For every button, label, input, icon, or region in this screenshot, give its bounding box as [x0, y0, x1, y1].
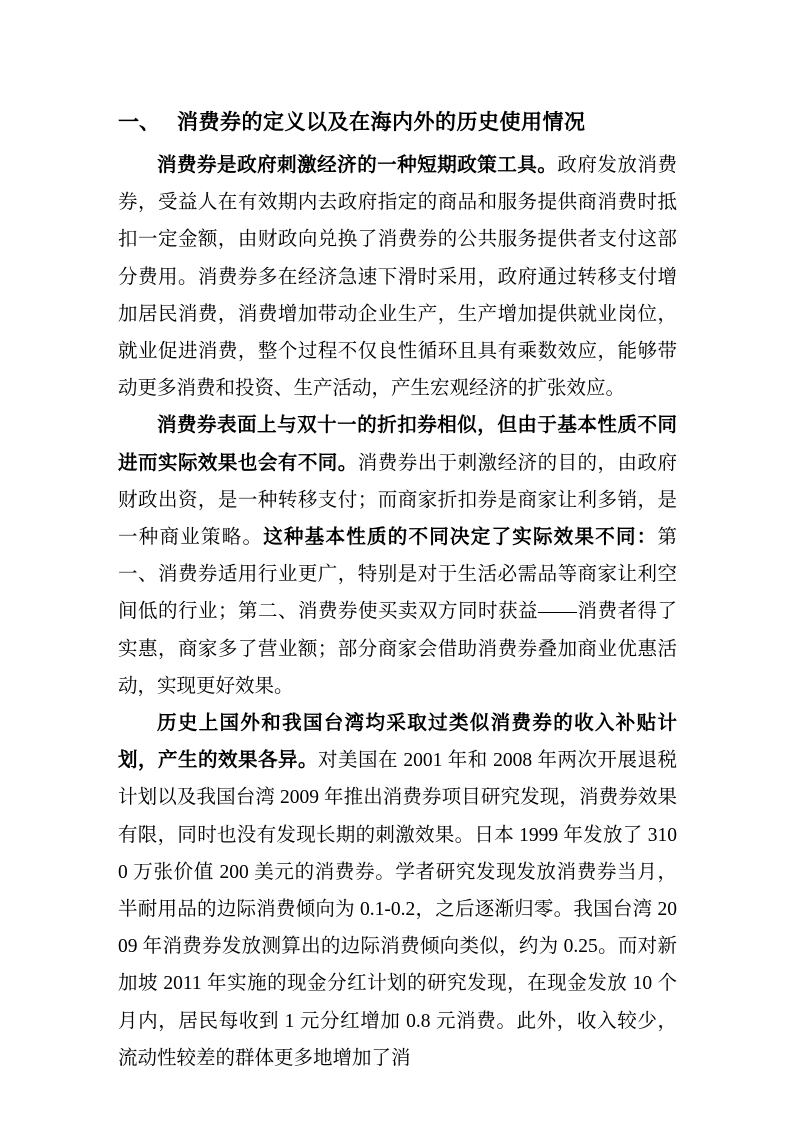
- text-segment: 政府发放消费券，受益人在有效期内去政府指定的商品和服务提供商消费时抵扣一定金额，…: [118, 155, 677, 399]
- paragraph-2: 消费券表面上与双十一的折扣券相似，但由于基本性质不同进而实际效果也会有不同。消费…: [118, 407, 677, 705]
- bold-text-segment: 消费券是政府刺激经济的一种短期政策工具。: [157, 155, 557, 176]
- bold-text-segment: 这种基本性质的不同决定了实际效果不同：: [263, 527, 657, 548]
- section-heading: 一、消费券的定义以及在海内外的历史使用情况: [118, 104, 677, 141]
- text-segment: 第一、消费券适用行业更广，特别是对于生活必需品等商家让利空间低的行业；第二、消费…: [118, 527, 677, 697]
- paragraphs-container: 消费券是政府刺激经济的一种短期政策工具。政府发放消费券，受益人在有效期内去政府指…: [118, 147, 677, 1077]
- document-page: 一、消费券的定义以及在海内外的历史使用情况 消费券是政府刺激经济的一种短期政策工…: [0, 0, 793, 1122]
- paragraph-3: 历史上国外和我国台湾均采取过类似消费券的收入补贴计划，产生的效果各异。对美国在 …: [118, 705, 677, 1077]
- paragraph-1: 消费券是政府刺激经济的一种短期政策工具。政府发放消费券，受益人在有效期内去政府指…: [118, 147, 677, 407]
- document-content: 一、消费券的定义以及在海内外的历史使用情况 消费券是政府刺激经济的一种短期政策工…: [118, 0, 677, 1077]
- section-title: 消费券的定义以及在海内外的历史使用情况: [177, 110, 586, 134]
- text-segment: 对美国在 2001 年和 2008 年两次开展退税计划以及我国台湾 2009 年…: [118, 750, 677, 1069]
- section-number: 一、: [118, 104, 177, 141]
